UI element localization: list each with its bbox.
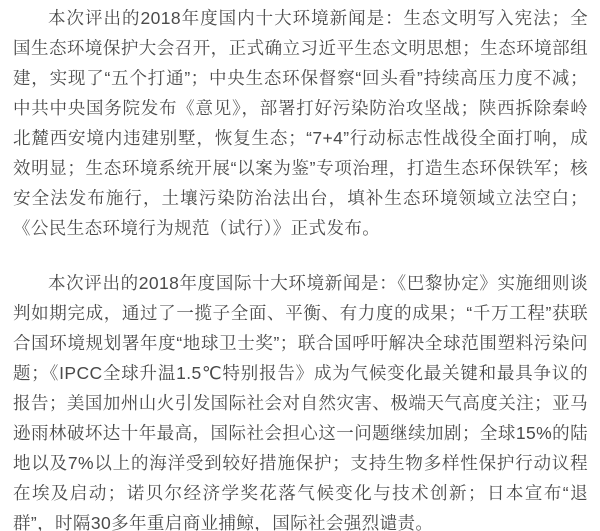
paragraph-international-top10-news: 本次评出的2018年度国际十大环境新闻是：《巴黎协定》实施细则谈判如期完成，通过… (13, 268, 588, 531)
paragraph-domestic-top10-news: 本次评出的2018年度国内十大环境新闻是：生态文明写入宪法；全国生态环境保护大会… (13, 3, 588, 243)
article-body: 本次评出的2018年度国内十大环境新闻是：生态文明写入宪法；全国生态环境保护大会… (0, 0, 600, 531)
